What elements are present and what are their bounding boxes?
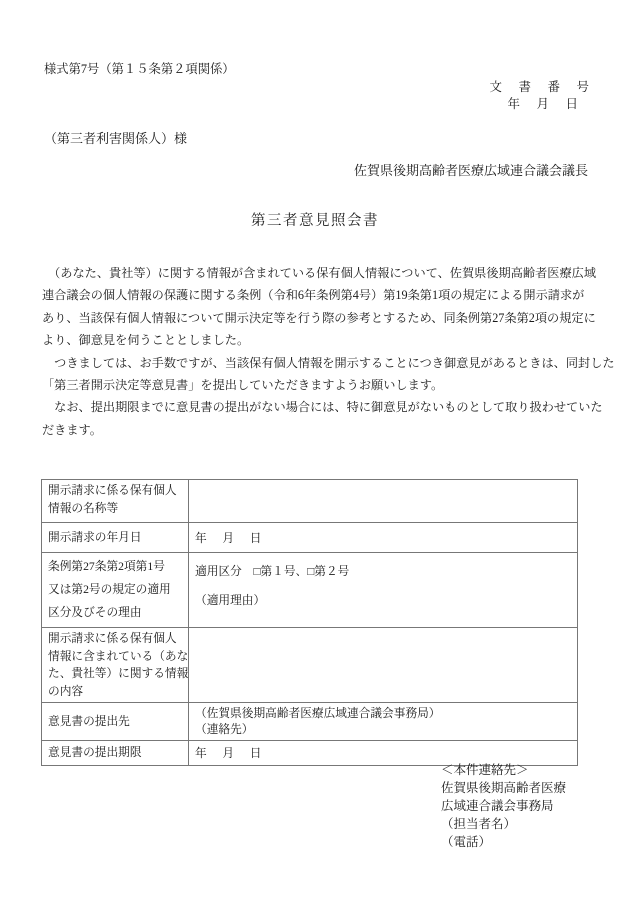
table-row-clause-application: 条例第27条第2項第1号 又は第2号の規定の適用 区分及びその理由 適用区分 □… [42,553,578,628]
body-line: 連合議会の個人情報の保護に関する条例（令和6年条例第4号）第19条第1項の規定に… [42,284,594,306]
body-line: より、御意見を伺うこととしました。 [42,329,594,351]
body-line: つきましては、お手数ですが、当該保有個人情報を開示することにつき御意見があるとき… [42,352,594,374]
contact-block: ＜本件連絡先＞ 佐賀県後期高齢者医療 広域連合議会事務局 （担当者名） （電話） [441,761,566,851]
table-row-submission-destination: 意見書の提出先 （佐賀県後期高齢者医療広域連合議会事務局） （連絡先） [42,703,578,741]
sender: 佐賀県後期高齢者医療広域連合議会議長 [354,160,588,179]
page-title: 第三者意見照会書 [0,209,630,230]
addressee: （第三者利害関係人）様 [44,128,187,147]
value-clause-application: 適用区分 □第１号、□第２号 （適用理由） [189,553,578,628]
contact-line: （担当者名） [441,815,566,833]
label-submission-destination: 意見書の提出先 [42,703,189,741]
table-row-request-date: 開示請求の年月日 年 月 日 [42,523,578,553]
contact-line: 佐賀県後期高齢者医療 [441,779,566,797]
body-line: だきます。 [42,419,594,441]
document-page: 様式第7号（第１５条第２項関係） 文 書 番 号 年 月 日 （第三者利害関係人… [0,0,630,903]
body-line: なお、提出期限までに意見書の提出がない場合には、特に御意見がないものとして取り扱… [42,396,594,418]
body-line: （あなた、貴社等）に関する情報が含まれている保有個人情報について、佐賀県後期高齢… [42,262,594,284]
label-clause-application: 条例第27条第2項第1号 又は第2号の規定の適用 区分及びその理由 [42,553,189,628]
label-request-date: 開示請求の年月日 [42,523,189,553]
contact-line: 広域連合議会事務局 [441,797,566,815]
apply-reason-label: （適用理由） [195,593,574,609]
body-line: 「第三者開示決定等意見書」を提出していただきますようお願いします。 [42,374,594,396]
body-line: あり、当該保有個人情報について開示決定等を行う際の参考とするため、同条例第27条… [42,307,594,329]
value-request-date: 年 月 日 [189,523,578,553]
value-info-content [189,628,578,703]
inquiry-form-table: 開示請求に係る保有個人 情報の名称等 開示請求の年月日 年 月 日 条例第27条… [41,479,578,766]
label-submission-deadline: 意見書の提出期限 [42,741,189,766]
document-number-block: 文 書 番 号 年 月 日 [489,79,591,113]
body-text: （あなた、貴社等）に関する情報が含まれている保有個人情報について、佐賀県後期高齢… [42,262,594,441]
apply-category-checkboxes: 適用区分 □第１号、□第２号 [195,564,574,580]
form-number: 様式第7号（第１５条第２項関係） [44,59,235,77]
table-row-held-info-name: 開示請求に係る保有個人 情報の名称等 [42,480,578,523]
document-date-label: 年 月 日 [489,96,591,113]
value-held-info-name [189,480,578,523]
document-number-label: 文 書 番 号 [489,79,591,96]
contact-line: （電話） [441,833,566,851]
table-row-info-content: 開示請求に係る保有個人 情報に含まれている（あな た、貴社等）に関する情報 の内… [42,628,578,703]
label-info-content: 開示請求に係る保有個人 情報に含まれている（あな た、貴社等）に関する情報 の内… [42,628,189,703]
contact-heading: ＜本件連絡先＞ [441,761,566,779]
label-held-info-name: 開示請求に係る保有個人 情報の名称等 [42,480,189,523]
value-submission-destination: （佐賀県後期高齢者医療広域連合議会事務局） （連絡先） [189,703,578,741]
